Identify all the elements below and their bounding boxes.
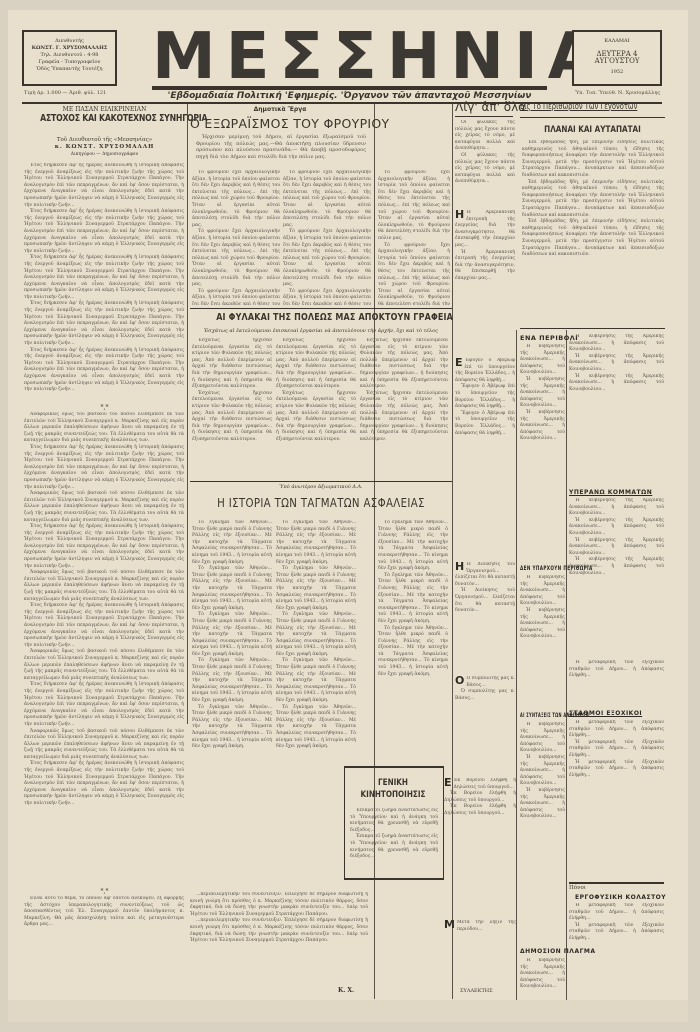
- paragraph: Ἔφυγεν ὁ Ἀβέρωφ ἐπὶ τὸ ὑπουργεῖον τῆς Βο…: [455, 384, 515, 410]
- paragraph: Ἡ κυβέρνησις τῆς Ἀμερικῆς ἀνακοίνωσε... …: [520, 377, 565, 410]
- paragraph: Ἡ κυβέρνησις τῆς Ἀμερικῆς ἀνακοίνωσε... …: [569, 354, 664, 374]
- paragraph-text: Ἔφυγεν ὁ Ἀβέρωφ ἐπὶ τὸ ὑπουργεῖον τῆς Βο…: [455, 358, 515, 383]
- paragraph: Τὸ ἔγκλημα τῶν Ἀθηνῶν... Ὅταν ἦλθε μικρὸ…: [276, 520, 356, 566]
- right-colA-1: Ἡ κυβέρνησις τῆς Ἀμερικῆς ἀνακοίνωσε... …: [520, 344, 565, 539]
- paragraph: ΟὉ συμπολίτης μας κ. Βάσος...: [455, 676, 515, 689]
- director-name: ΚΩΝΣΤ. Γ. ΧΡΥΣΟΜΑΛΛΗΣ: [24, 45, 115, 52]
- paragraph: Ἡ κυβέρνησις τῆς Ἀμερικῆς ἀνακοίνωσε... …: [569, 518, 664, 538]
- paragraph: Ἡ κυβέρνησις τῆς Ἀμερικῆς ἀνακοίνωσε... …: [520, 788, 565, 821]
- left-signature: Κ. Χ.: [338, 987, 354, 994]
- prisons-headline: ΑΙ ΦΥΛΑΚΑΙ ΤΗΣ ΠΟΛΕΩΣ ΜΑΣ ΑΠΟΚΤΟΥΝ ΓΡΑΦΕ…: [216, 312, 426, 323]
- right-colA-4: Ἡ κυβέρνησις τῆς Ἀμερικῆς ἀνακοίνωσε... …: [520, 958, 565, 996]
- mobilization-body: Ἐπικρατεῖ ζωηρὰ ἀναστάτωσις εἰς τὸ Ὑπουρ…: [350, 808, 438, 872]
- paragraph: ...περιπολεμητικὴν του συνέντευξιν. Ἐπλέ…: [190, 892, 368, 918]
- subhead-plagma: ΔΗΜΟΣΙΟΝ ΠΛΑΓΜΑ: [520, 948, 596, 955]
- right-colA-2: Ἡ κυβέρνησις τῆς Ἀμερικῆς ἀνακοίνωσε... …: [520, 575, 565, 645]
- right-colB-3: Ἡ μεταφορικὴ τῶν ἐξοχικῶν σταθμῶν τοῦ Δή…: [569, 660, 664, 708]
- paragraph: ...περιπολεμητικὴν του συνέντευξιν. Ἐπλέ…: [190, 918, 368, 944]
- paragraph: Ἐπικρατεῖ ζωηρὰ ἀναστάτωσις εἰς τὸ Ὑπουρ…: [350, 808, 438, 834]
- byline-line: Δικηγόρου — Δημοσιογράφου: [22, 151, 187, 158]
- paragraph: Οἱ φύλακες τῆς πόλεώς μας ἔχουν πάντα εἰ…: [455, 153, 515, 186]
- director-label: Διευθυντής: [24, 38, 115, 45]
- paragraph: Ἡ κυβέρνησις τῆς Ἀμερικῆς ἀνακοίνωσε... …: [520, 344, 565, 377]
- paragraph: Ἡ Διοίκησις τοῦ Ὁργανισμοῦ... ἐλπίζεται …: [455, 588, 515, 614]
- right-colA-3: Ἡ κυβέρνησις τῆς Ἀμερικῆς ἀνακοίνωσε... …: [520, 722, 565, 892]
- dropcap: Η: [455, 210, 464, 220]
- paragraph: Ἡ κυβέρνησις τῆς Ἀμερικῆς ἀνακοίνωσε... …: [520, 755, 565, 788]
- paragraph: Ἡ κυβέρνησις τῆς Ἀμερικῆς ἀνακοίνωσε... …: [569, 374, 664, 394]
- digest-item-3: ΕἜφυγεν ὁ Ἀβέρωφ ἐπὶ τὸ ὑπουργεῖον τῆς Β…: [455, 358, 515, 548]
- digest-item-7: ΜΜετὰ τὴν λῆξιν τῆς περιόδου...: [444, 920, 516, 980]
- paragraph: Τὸ φρούριον ἔχει ἀρχαιολογικὴν ἀξίαν, ἡ …: [283, 229, 371, 288]
- center-top-col3: Τὸ φρούριον ἔχει ἀρχαιολογικὴν ἀξίαν, ἡ …: [378, 170, 450, 305]
- paragraph: Ἐτος διήρκεσεν ἀφ' ἧς ἡμέρας ἀνεκοινώθη …: [24, 209, 184, 255]
- history-credit: Ὑπὸ ἀνωτέρου ἀξιωματικοῦ Δ.Α.: [190, 484, 452, 490]
- center-kicker: Δημοτικὰ Ἔργα: [190, 106, 370, 113]
- paragraph: Ἐσχάτως ἤρχισαν ἐκτελούμεναι ἐργασίαι εἰ…: [192, 338, 272, 391]
- paragraph: ΗἩ Ἀμερικανικὴ ἐπιτροπὴ τῆς ἐνεργείας δι…: [455, 210, 515, 250]
- left-byline: Τοῦ Διευθυντοῦ τῆς «Μεσσηνίας» κ. ΚΩΝΣΤ.…: [22, 137, 187, 158]
- left-article-body-2: Ἀναφορικῶς ὅμως τοῦ βασικοῦ τοῦ πόσου ἐλ…: [24, 412, 184, 887]
- paragraph: Ἐτος διήρκεσεν ἀφ' ἧς ἡμέρας ἀνεκοινώθη …: [24, 348, 184, 394]
- offices-label: Γραφεῖα - Τυπογραφεῖον: [24, 59, 115, 66]
- section-rule: [190, 308, 452, 309]
- paragraph: Ἡ μεταφορικὴ τῶν ἐξοχικῶν σταθμῶν τοῦ Δή…: [569, 903, 664, 923]
- center-top-col2: Τὸ φρούριον ἔχει ἀρχαιολογικὴν ἀξίαν, ἡ …: [283, 170, 371, 305]
- paragraph: Ἡ μεταφορικὴ τῶν ἐξοχικῶν σταθμῶν τοῦ Δή…: [569, 923, 664, 943]
- paragraph: Ἐσχάτως ἤρχισαν ἐκτελούμεναι ἐργασίαι εἰ…: [276, 338, 356, 391]
- paragraph: Ὁ συμπολίτης μας κ. Βάσος...: [455, 689, 515, 702]
- left-kicker: ΜΕ ΠΑΣΑΝ ΕΙΛΙΚΡΙΝΕΙΑΝ: [22, 106, 187, 113]
- paragraph: Ἡ μεταφορικὴ τῶν ἐξοχικῶν σταθμῶν τοῦ Δή…: [569, 760, 664, 780]
- digest-headline: Λίγ' ἀπ' ὅλα: [455, 100, 515, 114]
- paragraph: Τὸ φρούριον ἔχει ἀρχαιολογικὴν ἀξίαν, ἡ …: [192, 170, 280, 229]
- paragraph: Ἀναφορικῶς ὅμως τοῦ βασικοῦ τοῦ πόσου ἐλ…: [24, 570, 184, 603]
- divider-stars: *,*: [22, 404, 187, 411]
- paragraph: Ἡ κυβέρνησις τῆς Ἀμερικῆς ἀνακοίνωσε... …: [520, 958, 565, 991]
- center-headline: Ο ΕΞΩΡΑΪΣΜΟΣ ΤΟΥ ΦΡΟΥΡΙΟΥ: [190, 116, 370, 131]
- paragraph: Τὸ ἔγκλημα τῶν Ἀθηνῶν... Ὅταν ἦλθε μικρὸ…: [276, 705, 356, 751]
- paragraph: Ἡ κυβέρνησις τῆς Ἀμερικῆς ἀνακοίνωσε... …: [569, 538, 664, 558]
- right-colB-1: Ἡ κυβέρνησις τῆς Ἀμερικῆς ἀνακοίνωσε... …: [569, 334, 664, 484]
- paragraph: Ἡ κυβέρνησις τῆς Ἀμερικῆς ἀνακοίνωσε... …: [520, 575, 565, 608]
- right-colB-4: Ἡ μεταφορικὴ τῶν ἐξοχικῶν σταθμῶν τοῦ Δή…: [569, 720, 664, 880]
- illusions-headline: ΠΛΑΝΑΙ ΚΑΙ ΑΥΤΑΠΑΤΑΙ: [531, 125, 654, 135]
- left-article-body: Ἐτος διήρκεσεν ἀφ' ἧς ἡμέρας ἀνεκοινώθη …: [24, 163, 184, 403]
- city: ΚΑΛΑΜΑΙ: [574, 38, 660, 45]
- paragraph: Τὸ φρούριον ἔχει ἀρχαιολογικὴν ἀξίαν, ἡ …: [378, 243, 450, 305]
- prisons-col2: Ἐσχάτως ἤρχισαν ἐκτελούμεναι ἐργασίαι εἰ…: [276, 338, 356, 478]
- paragraph-text: Μετὰ τὴν λῆξιν τῆς περιόδου...: [457, 920, 516, 932]
- paragraph: ΗἩ Διοίκησις τοῦ Ὁργανισμοῦ... ἐλπίζεται…: [455, 562, 515, 588]
- paragraph: Ἐτος διήρκεσεν ἀφ' ἧς ἡμέρας ἀνεκοινώθη …: [24, 603, 184, 649]
- dropcap: Ε: [455, 358, 463, 368]
- paragraph: Ἡ κυβέρνησις τῆς Ἀμερικῆς ἀνακοίνωσε... …: [520, 722, 565, 755]
- digest-item-5: ΟὉ συμπολίτης μας κ. Βάσος... Ὁ συμπολίτ…: [455, 676, 515, 771]
- dropcap: Μ: [444, 920, 455, 930]
- subhead-perithoria: ΔΕΝ ΥΠΑΡΧΟΥΝ ΠΕΡΙΘΩΡΙΑ: [520, 565, 593, 572]
- paragraph: Ἡ κυβέρνησις τῆς Ἀμερικῆς ἀνακοίνωσε... …: [569, 334, 664, 354]
- paragraph: Ἐσχάτως ἤρχισαν ἐκτελούμεναι ἐργασίαι εἰ…: [276, 391, 356, 444]
- right-colB-2: Ἡ κυβέρνησις τῆς Ἀμερικῆς ἀνακοίνωσε... …: [569, 498, 664, 658]
- paragraph: Ἔφυγεν ὁ Ἀβέρωφ ἐπὶ τὸ ὑπουργεῖον τῆς Βο…: [455, 411, 515, 437]
- prisons-col1: Ἐσχάτως ἤρχισαν ἐκτελούμεναι ἐργασίαι εἰ…: [192, 338, 272, 478]
- paragraph: Τὸ ἔγκλημα τῶν Ἀθηνῶν... Ὅταν ἦλθε μικρὸ…: [378, 626, 448, 679]
- paragraph: Τὸ φρούριον ἔχει ἀρχαιολογικὴν ἀξίαν, ἡ …: [283, 170, 371, 229]
- paragraph: Τὸ ἔγκλημα τῶν Ἀθηνῶν... Ὅταν ἦλθε μικρὸ…: [276, 658, 356, 704]
- paragraph: Ἀναφορικῶς ὅμως τοῦ βασικοῦ τοῦ πόσου ἐλ…: [24, 491, 184, 524]
- paragraph: ΜΜετὰ τὴν λῆξιν τῆς περιόδου...: [444, 920, 516, 933]
- newspaper-title: ΜΕΣΣΗΝΙΑ: [152, 28, 547, 86]
- paragraph: Τὸ ἔγκλημα τῶν Ἀθηνῶν... Ὅταν ἦλθε μικρὸ…: [276, 566, 356, 612]
- subhead-komma: ΥΠΕΡΑΝΩ ΚΟΜΜΑΤΩΝ: [569, 489, 652, 496]
- paragraph: Ἐπὶ ἑβδομάδας ἤδη, μὲ ἐπιμονὴν εἰδήσεις …: [522, 180, 664, 220]
- section-rule: [520, 117, 665, 118]
- digest-rule: [455, 116, 513, 117]
- paragraph: Ἀναφορικῶς ὅμως τοῦ βασικοῦ τοῦ πόσου ἐλ…: [24, 729, 184, 762]
- paragraph: Ἐπὶ ἑβδομάδας ἤδη, μὲ ἐπιμονὴν εἰδήσεις …: [522, 140, 664, 180]
- mobilization-headline-2: ΚΙΝΗΤΟΠΟΙΗΣΙΣ: [351, 790, 434, 800]
- left-headline: ΑΣΤΟΧΟΣ ΚΑΙ ΚΑΚΟΤΕΧΝΟΣ ΣΥΝΗΓΟΡΙΑ: [40, 113, 169, 124]
- paragraph: Εἶναι αὐτὸ τὸ θέμα, τὸ ὁποῖον ἀφ' ἑαυτοῦ…: [24, 896, 184, 929]
- paragraph: Τὸ ἔγκλημα τῶν Ἀθηνῶν... Ὅταν ἦλθε μικρὸ…: [378, 573, 448, 626]
- mobilization-headline-1: ΓΕΝΙΚΗ: [351, 778, 434, 788]
- byline-line: Τοῦ Διευθυντοῦ τῆς «Μεσσηνίας»: [22, 137, 187, 144]
- paragraph: Τὸ ἔγκλημα τῶν Ἀθηνῶν... Ὅταν ἦλθε μικρὸ…: [192, 705, 272, 751]
- history-col3: Τὸ ἔγκλημα τῶν Ἀθηνῶν... Ὅταν ἦλθε μικρὸ…: [378, 520, 448, 760]
- paragraph: Ἐτος διήρκεσεν ἀφ' ἧς ἡμέρας ἀνεκοινώθη …: [24, 682, 184, 728]
- paragraph: Τὸ φρούριον ἔχει ἀρχαιολογικὴν ἀξίαν, ἡ …: [283, 289, 371, 305]
- paragraph: Τὸ ἔγκλημα τῶν Ἀθηνῶν... Ὅταν ἦλθε μικρὸ…: [192, 520, 272, 566]
- column-rule: [566, 330, 567, 1000]
- paragraph: Τὸ ἔγκλημα τῶν Ἀθηνῶν... Ὅταν ἦλθε μικρὸ…: [192, 658, 272, 704]
- left-article-body-4: ...περιπολεμητικὴν του συνέντευξιν. Ἐπλέ…: [190, 892, 368, 978]
- digest-item-6: ΕἘκ Βορείου ἐλήφθη ἡ Δηλώσεις τοῦ ὑπουργ…: [444, 778, 516, 918]
- paragraph: Ἐτος διήρκεσεν ἀφ' ἧς ἡμέρας ἀνεκοινώθη …: [24, 301, 184, 347]
- history-col1: Τὸ ἔγκλημα τῶν Ἀθηνῶν... Ὅταν ἦλθε μικρὸ…: [192, 520, 272, 880]
- margin-section-title: Εἰς Τὸ Περιθώριον Τῶν Γεγονότων: [520, 102, 629, 112]
- section-rule: [569, 882, 664, 884]
- dropcap: Η: [455, 562, 464, 572]
- director-box: Διευθυντής ΚΩΝΣΤ. Γ. ΧΡΥΣΟΜΑΛΛΗΣ Τηλ. Δι…: [22, 30, 117, 86]
- paragraph: Τὸ ἔγκλημα τῶν Ἀθηνῶν... Ὅταν ἦλθε μικρὸ…: [378, 520, 448, 573]
- title-rule: [152, 86, 547, 90]
- divider-stars: *,*: [22, 888, 187, 895]
- paragraph: Ἐτος διήρκεσεν ἀφ' ἧς ἡμέρας ἀνεκοινώθη …: [24, 255, 184, 301]
- paragraph: Τὸ ἔγκλημα τῶν Ἀθηνῶν... Ὅταν ἦλθε μικρὸ…: [276, 612, 356, 658]
- paragraph: Τὸ ἔγκλημα τῶν Ἀθηνῶν... Ὅταν ἦλθε μικρὸ…: [192, 612, 272, 658]
- paragraph: Τὸ φρούριον ἔχει ἀρχαιολογικὴν ἀξίαν, ἡ …: [378, 170, 450, 243]
- column-rule: [516, 330, 517, 1000]
- kicker-ponoi: Πόνοι: [569, 885, 586, 891]
- paragraph: Ἐπικρατεῖ ζωηρὰ ἀναστάτωσις εἰς τὸ Ὑπουρ…: [350, 834, 438, 860]
- section-rule: [190, 481, 452, 482]
- column-rule: [187, 104, 188, 724]
- offices-address: Ὁδὸς Ὑπαπαντῆς Τουτέζη: [24, 66, 115, 73]
- paragraph: Ἀναφορικῶς ὅμως τοῦ βασικοῦ τοῦ πόσου ἐλ…: [24, 649, 184, 682]
- subhead-stathmoi: ΣΤΑΘΜΟΙ ΕΞΟΧΙΚΟΙ: [569, 710, 642, 717]
- section-rule: [520, 328, 665, 329]
- paragraph-text: Ἐκ Βορείου ἐλήφθη ἡ Δηλώσεις τοῦ ὑπουργο…: [454, 778, 516, 790]
- dropcap: Ε: [444, 778, 452, 788]
- editor-credit: Ὑπ. Τυπ. Ὑπεύθ. Ν. Χρυσομάλλης: [575, 90, 660, 96]
- price-issue: Τιμὴ ἀρ. 1.000 — Ἀριθ. φύλ. 121: [24, 90, 106, 96]
- paragraph: Ἡ κυβέρνησις τῆς Ἀμερικῆς ἀνακοίνωσε... …: [520, 608, 565, 641]
- center-deck: Ἡρχισαν μερίμνῃ τοῦ Δήμου, αἱ ἐργασίαι ἐ…: [196, 134, 366, 166]
- digest-signature: ΣΥΛΛΕΚΤΗΣ: [460, 988, 493, 994]
- paragraph: Ἐτος διήρκεσεν ἀφ' ἧς ἡμέρας ἀνεκοινώθη …: [24, 524, 184, 570]
- paragraph: Ἡ Ἀμερικανικὴ ἐπιτροπὴ τῆς ἐνεργείας διὰ…: [455, 250, 515, 283]
- center-top-col1: Τὸ φρούριον ἔχει ἀρχαιολογικὴν ἀξίαν, ἡ …: [192, 170, 280, 305]
- digest-item-4: ΗἩ Διοίκησις τοῦ Ὁργανισμοῦ... ἐλπίζεται…: [455, 562, 515, 672]
- paragraph: Τὸ ἔγκλημα τῶν Ἀθηνῶν... Ὅταν ἦλθε μικρὸ…: [192, 566, 272, 612]
- date-box: ΚΑΛΑΜΑΙ ΔΕΥΤΕΡΑ 4 ΑΥΓΟΥΣΤΟΥ 1952: [572, 30, 662, 86]
- paragraph: Ἡ μεταφορικὴ τῶν ἐξοχικῶν σταθμῶν τοῦ Δή…: [569, 660, 664, 680]
- page-bottom-margin: [8, 1000, 688, 1022]
- prisons-col3: Ἐσχάτως ἤρχισαν ἐκτελούμεναι ἐργασίαι εἰ…: [360, 338, 448, 478]
- prisons-deck: Ἐσχάτως αἱ ἐκτελούμεναι ἐπισκευαὶ ἐργασί…: [190, 328, 452, 334]
- dropcap: Ο: [455, 676, 464, 686]
- paragraph: Ἐκ Βορείου ἐλήφθη ἡ Δηλώσεις τοῦ ὑπουργο…: [444, 791, 516, 804]
- history-headline: Η ΙΣΤΟΡΙΑ ΤΩΝ ΤΑΓΜΑΤΩΝ ΑΣΦΑΛΕΙΑΣ: [210, 496, 433, 510]
- illusions-body: Ἐπὶ ἑβδομάδας ἤδη, μὲ ἐπιμονὴν εἰδήσεις …: [522, 140, 664, 325]
- paragraph: Ἡ μεταφορικὴ τῶν ἐξοχικῶν σταθμῶν τοῦ Δή…: [569, 720, 664, 740]
- paragraph: Ἐσχάτως ἤρχισαν ἐκτελούμεναι ἐργασίαι εἰ…: [360, 338, 448, 391]
- paragraph: Ἡ κυβέρνησις τῆς Ἀμερικῆς ἀνακοίνωσε... …: [569, 498, 664, 518]
- issue-year: 1952: [574, 69, 660, 76]
- digest-item-1: Οἱ φύλακες τῆς πόλεώς μας ἔχουν πάντα εἰ…: [455, 120, 515, 210]
- director-phone: Τηλ. Διευθυντοῦ : 4-98: [24, 52, 115, 59]
- left-article-body-3: Εἶναι αὐτὸ τὸ θέμα, τὸ ὁποῖον ἀφ' ἑαυτοῦ…: [24, 896, 184, 976]
- paragraph: Ἡ κυβέρνησις τῆς Ἀμερικῆς ἀνακοίνωσε... …: [520, 410, 565, 443]
- paragraph: Τὸ φρούριον ἔχει ἀρχαιολογικὴν ἀξίαν, ἡ …: [192, 229, 280, 288]
- paragraph: ΕἘκ Βορείου ἐλήφθη ἡ Δηλώσεις τοῦ ὑπουργ…: [444, 778, 516, 791]
- paragraph: Οἱ φύλακες τῆς πόλεώς μας ἔχουν πάντα εἰ…: [455, 120, 515, 153]
- paragraph: Ἐτος διήρκεσεν ἀφ' ἧς ἡμέρας ἀνεκοινώθη …: [24, 761, 184, 807]
- digest-item-2: ΗἩ Ἀμερικανικὴ ἐπιτροπὴ τῆς ἐνεργείας δι…: [455, 210, 515, 355]
- paragraph: Ἡ μεταφορικὴ τῶν ἐξοχικῶν σταθμῶν τοῦ Δή…: [569, 740, 664, 760]
- paragraph: ΕἜφυγεν ὁ Ἀβέρωφ ἐπὶ τὸ ὑπουργεῖον τῆς Β…: [455, 358, 515, 384]
- paragraph: Τὸ φρούριον ἔχει ἀρχαιολογικὴν ἀξίαν, ἡ …: [192, 289, 280, 305]
- paragraph: Ἐσχάτως ἤρχισαν ἐκτελούμεναι ἐργασίαι εἰ…: [360, 391, 448, 444]
- deck: Ἡρχισαν μερίμνῃ τοῦ Δήμου, αἱ ἐργασίαι ἐ…: [196, 134, 366, 160]
- paragraph: Ἐκ Βορείου ἐλήφθη ἡ Δηλώσεις τοῦ ὑπουργο…: [444, 804, 516, 817]
- paragraph: Ἐτος διήρκεσεν ἀφ' ἧς ἡμέρας ἀνεκοινώθη …: [24, 163, 184, 209]
- paragraph: Ἀναφορικῶς ὅμως τοῦ βασικοῦ τοῦ πόσου ἐλ…: [24, 412, 184, 445]
- issue-date: ΔΕΥΤΕΡΑ 4 ΑΥΓΟΥΣΤΟΥ: [574, 51, 660, 65]
- byline-author: κ. ΚΩΝΣΤ. ΧΡΥΣΟΜΑΛΛΗ: [22, 144, 187, 151]
- paragraph-text: Ὁ συμπολίτης μας κ. Βάσος...: [466, 676, 515, 688]
- subhead-kolastou: ΕΡΓΟΦΥΣΙΚΗ ΚΟΛΑΣΤΟΥ: [575, 894, 666, 901]
- paragraph: Ἐσχάτως ἤρχισαν ἐκτελούμεναι ἐργασίαι εἰ…: [192, 391, 272, 444]
- paragraph: Ἐτος διήρκεσεν ἀφ' ἧς ἡμέρας ἀνεκοινώθη …: [24, 445, 184, 491]
- paragraph: Ἐπὶ ἑβδομάδας ἤδη, μὲ ἐπιμονὴν εἰδήσεις …: [522, 219, 664, 259]
